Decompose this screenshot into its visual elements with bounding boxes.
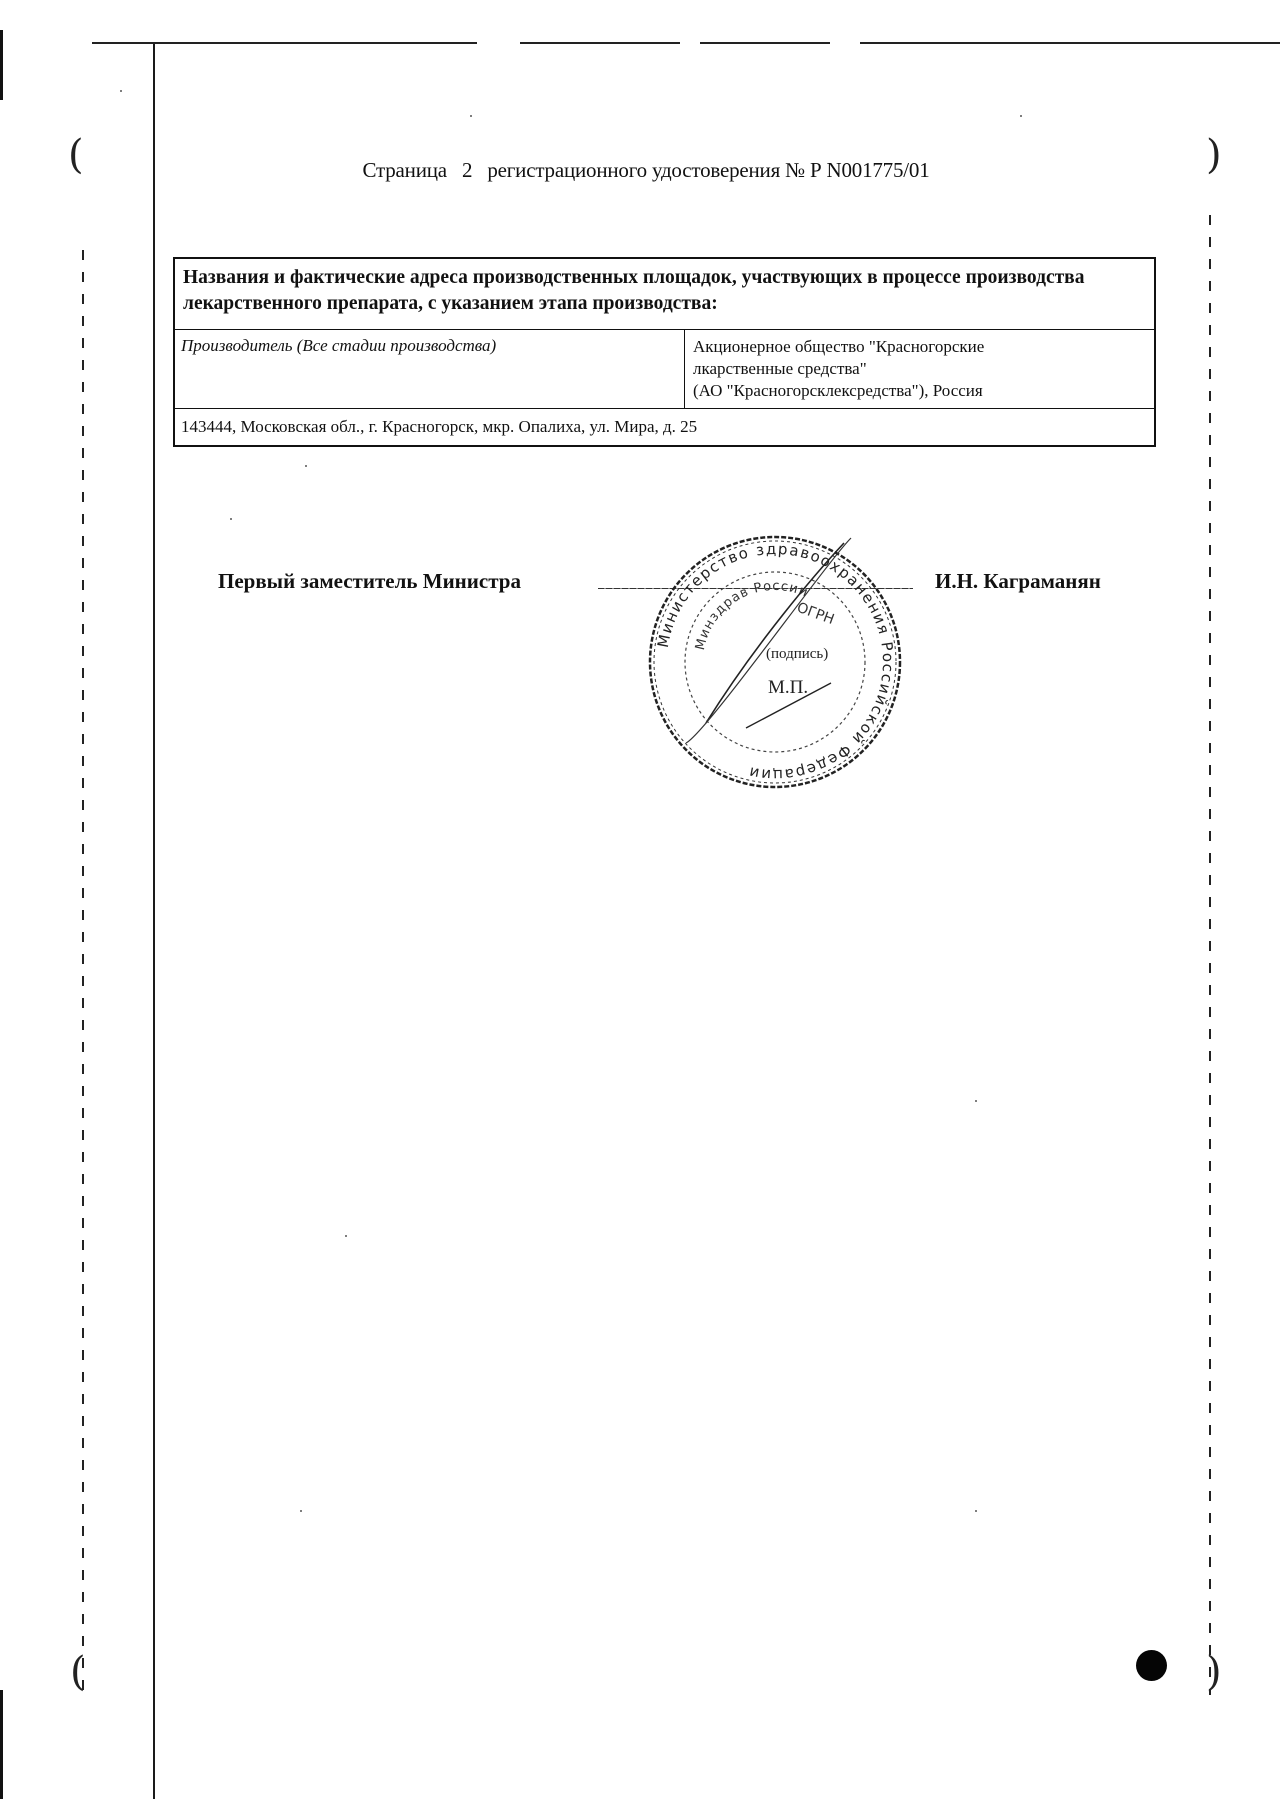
certificate-title: регистрационного удостоверения № Р N0017… xyxy=(487,158,929,182)
table-row-address: 143444, Московская обл., г. Красногорск,… xyxy=(175,409,1154,445)
scan-dashed-line-left xyxy=(82,250,84,1700)
scan-speck xyxy=(470,115,472,117)
site-address: 143444, Московская обл., г. Красногорск,… xyxy=(175,409,703,445)
table-row: Производитель (Все стадии производства) … xyxy=(175,330,1154,409)
scan-top-rule xyxy=(92,42,477,44)
scan-speck xyxy=(305,465,307,467)
scan-speck xyxy=(975,1100,977,1102)
table-heading-row: Названия и фактические адреса производст… xyxy=(175,259,1154,330)
scan-speck xyxy=(975,1510,977,1512)
scan-edge-mark xyxy=(0,1690,3,1799)
svg-text:Минздрав России: Минздрав России xyxy=(693,579,811,652)
manufacturer-role: Производитель (Все стадии производства) xyxy=(175,330,685,408)
scan-top-rule xyxy=(700,42,830,44)
scan-top-rule xyxy=(520,42,680,44)
company-line: Акционерное общество "Красногорские xyxy=(693,336,1146,358)
production-sites-table: Названия и фактические адреса производст… xyxy=(173,257,1156,447)
page-number: 2 xyxy=(462,158,472,182)
scan-speck xyxy=(1020,115,1022,117)
scan-binding-line xyxy=(153,44,155,1799)
scan-top-rule xyxy=(860,42,1280,44)
company-line: (АО "Красногорсклексредства"), Россия xyxy=(693,380,1146,402)
punch-hole-icon xyxy=(1136,1650,1167,1681)
scan-speck xyxy=(120,90,122,92)
scan-speck xyxy=(345,1235,347,1237)
scan-speck xyxy=(300,1510,302,1512)
scan-edge-mark xyxy=(0,30,3,100)
manufacturer-name: Акционерное общество "Красногорские лкар… xyxy=(685,330,1154,408)
scan-speck xyxy=(230,518,232,520)
scan-dashed-line-right xyxy=(1209,215,1211,1695)
seal-mp-label: М.П. xyxy=(768,677,808,698)
punch-bracket-left-icon: ( xyxy=(70,1652,86,1692)
seal-ogrn-label: ОГРН xyxy=(795,600,837,628)
signature-placeholder-label: (подпись) xyxy=(766,646,828,662)
page-label: Страница xyxy=(362,158,446,182)
company-line: лкарственные средства" xyxy=(693,358,1146,380)
seal-inner-text: Минздрав России xyxy=(693,579,811,652)
official-seal-icon: Министерство здравоохранения Российской … xyxy=(646,533,904,791)
punch-bracket-right-icon: ) xyxy=(1206,1652,1222,1692)
signatory-name: И.Н. Каграманян xyxy=(935,569,1101,594)
signatory-role: Первый заместитель Министра xyxy=(218,569,521,594)
table-heading: Названия и фактические адреса производст… xyxy=(175,259,1154,329)
page-title: Страница 2 регистрационного удостоверени… xyxy=(0,158,1282,183)
